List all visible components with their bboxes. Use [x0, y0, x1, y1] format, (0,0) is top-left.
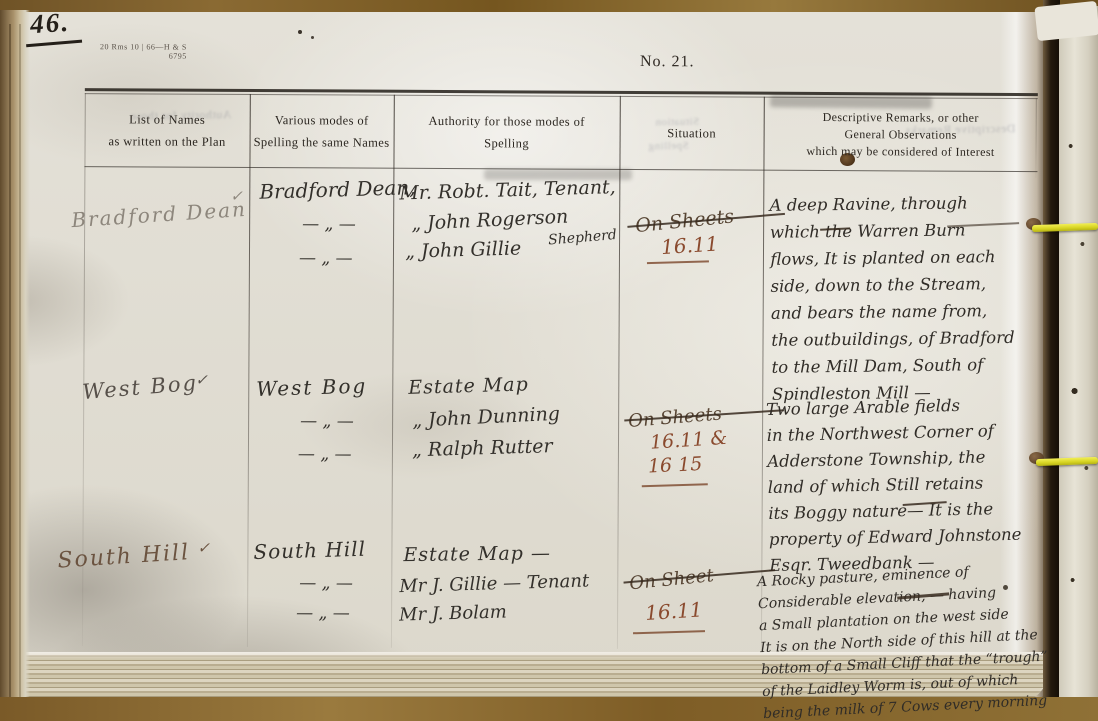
- row3-name-on-plan: South Hill: [57, 540, 191, 574]
- header-line: Situation: [667, 122, 716, 144]
- row1-situation-number: 16.11: [660, 231, 719, 259]
- remarks-line: which the Warren Burn: [770, 216, 1014, 246]
- row3-situation-number: 16.11: [644, 597, 703, 625]
- header-line: List of Names: [129, 108, 205, 130]
- remarks-line: A deep Ravine, through: [769, 189, 1013, 219]
- row1-name-on-plan: Bradford Dean: [71, 197, 248, 232]
- row2-authority-1: Estate Map: [408, 373, 529, 399]
- row1-authority-3: „ John Gillie: [405, 237, 522, 262]
- remarks-line: to the Mill Dam, South of: [771, 351, 1015, 381]
- remarks-line: the outbuildings, of Bradford: [771, 324, 1015, 354]
- header-various-modes: Various modes of Spelling the same Names: [249, 96, 393, 167]
- remarks-line: and bears the name from,: [771, 297, 1015, 327]
- column-rule-1: [247, 94, 251, 647]
- scanned-register-page: Authority for those Situation Spelling D…: [0, 0, 1098, 721]
- header-list-of-names: List of Names as written on the Plan: [84, 95, 249, 166]
- remarks-line: side, down to the Stream,: [770, 270, 1014, 300]
- row2-situation-number-2: 16 15: [647, 453, 702, 478]
- header-line: Spelling: [484, 132, 529, 154]
- row3-spelling-1: South Hill: [253, 537, 366, 564]
- header-line: Authority for those modes of: [428, 110, 584, 133]
- row2-checkmark: ✓: [195, 371, 208, 389]
- folio-underline: [26, 40, 82, 47]
- print-code-line2: 6795: [100, 51, 187, 60]
- row1-spelling-1: Bradford Dean,: [259, 175, 416, 204]
- print-code-line1: 20 Rms 10 | 66—H & S: [100, 42, 187, 51]
- header-line: General Observations: [844, 126, 956, 144]
- number-underline: [647, 260, 709, 264]
- row1-remarks: A deep Ravine, through which the Warren …: [769, 189, 1015, 408]
- row2-name-on-plan: West Bog: [81, 371, 198, 404]
- header-line: Spelling the same Names: [254, 131, 390, 154]
- header-line: Various modes of: [275, 109, 369, 131]
- row2-authority-3: „ Ralph Rutter: [412, 435, 553, 461]
- header-line: as written on the Plan: [108, 130, 225, 153]
- row2-spelling-1: West Bog: [256, 374, 368, 401]
- header-line: Descriptive Remarks, or other: [823, 108, 979, 126]
- row1-authority-2: „ John Rogerson: [411, 206, 569, 235]
- remarks-line: flows, It is planted on each: [770, 243, 1014, 273]
- number-underline: [642, 483, 708, 487]
- row3-authority-3: Mr J. Bolam: [399, 601, 507, 625]
- page-content: 46. 20 Rms 10 | 66—H & S 6795 No. 21. Li…: [0, 0, 1098, 721]
- row1-authority-note: Shepherd: [548, 227, 618, 249]
- row2-situation-number-1: 16.11 &: [649, 427, 728, 454]
- row2-spelling-ditto-2: — „ —: [298, 444, 352, 464]
- row1-spelling-ditto-1: — „ —: [302, 214, 356, 234]
- row3-spelling-ditto-1: — „ —: [299, 573, 353, 593]
- row3-authority-1: Estate Map —: [403, 542, 551, 566]
- row2-authority-2: „ John Dunning: [412, 403, 561, 432]
- row3-checkmark: ✓: [197, 539, 210, 557]
- row1-authority-1: Mr. Robt. Tait, Tenant,: [399, 176, 616, 204]
- header-situation: Situation: [619, 98, 763, 169]
- sheet-number-label: No. 21.: [640, 53, 695, 71]
- row3-authority-2: Mr J. Gillie — Tenant: [399, 570, 589, 597]
- row3-remarks: A Rocky pasture, eminence of Considerabl…: [756, 558, 1050, 721]
- header-line: which may be considered of Interest: [806, 142, 994, 160]
- header-descriptive-remarks: Descriptive Remarks, or other General Ob…: [763, 99, 1037, 170]
- header-authority: Authority for those modes of Spelling: [393, 97, 619, 168]
- number-underline: [633, 630, 705, 634]
- row1-spelling-ditto-2: — „ —: [299, 248, 353, 268]
- row2-spelling-ditto-1: — „ —: [300, 411, 354, 431]
- remarks-line: property of Edward Johnstone: [769, 522, 1022, 553]
- row1-checkmark: ✓: [230, 187, 243, 205]
- row2-remarks: Two large Arable fields in the Northwest…: [766, 392, 1022, 579]
- print-code: 20 Rms 10 | 66—H & S 6795: [100, 42, 187, 60]
- column-rule-3: [617, 96, 621, 649]
- column-rule-4: [761, 97, 765, 650]
- folio-number: 46.: [29, 7, 71, 41]
- row3-spelling-ditto-2: — „ —: [296, 603, 350, 623]
